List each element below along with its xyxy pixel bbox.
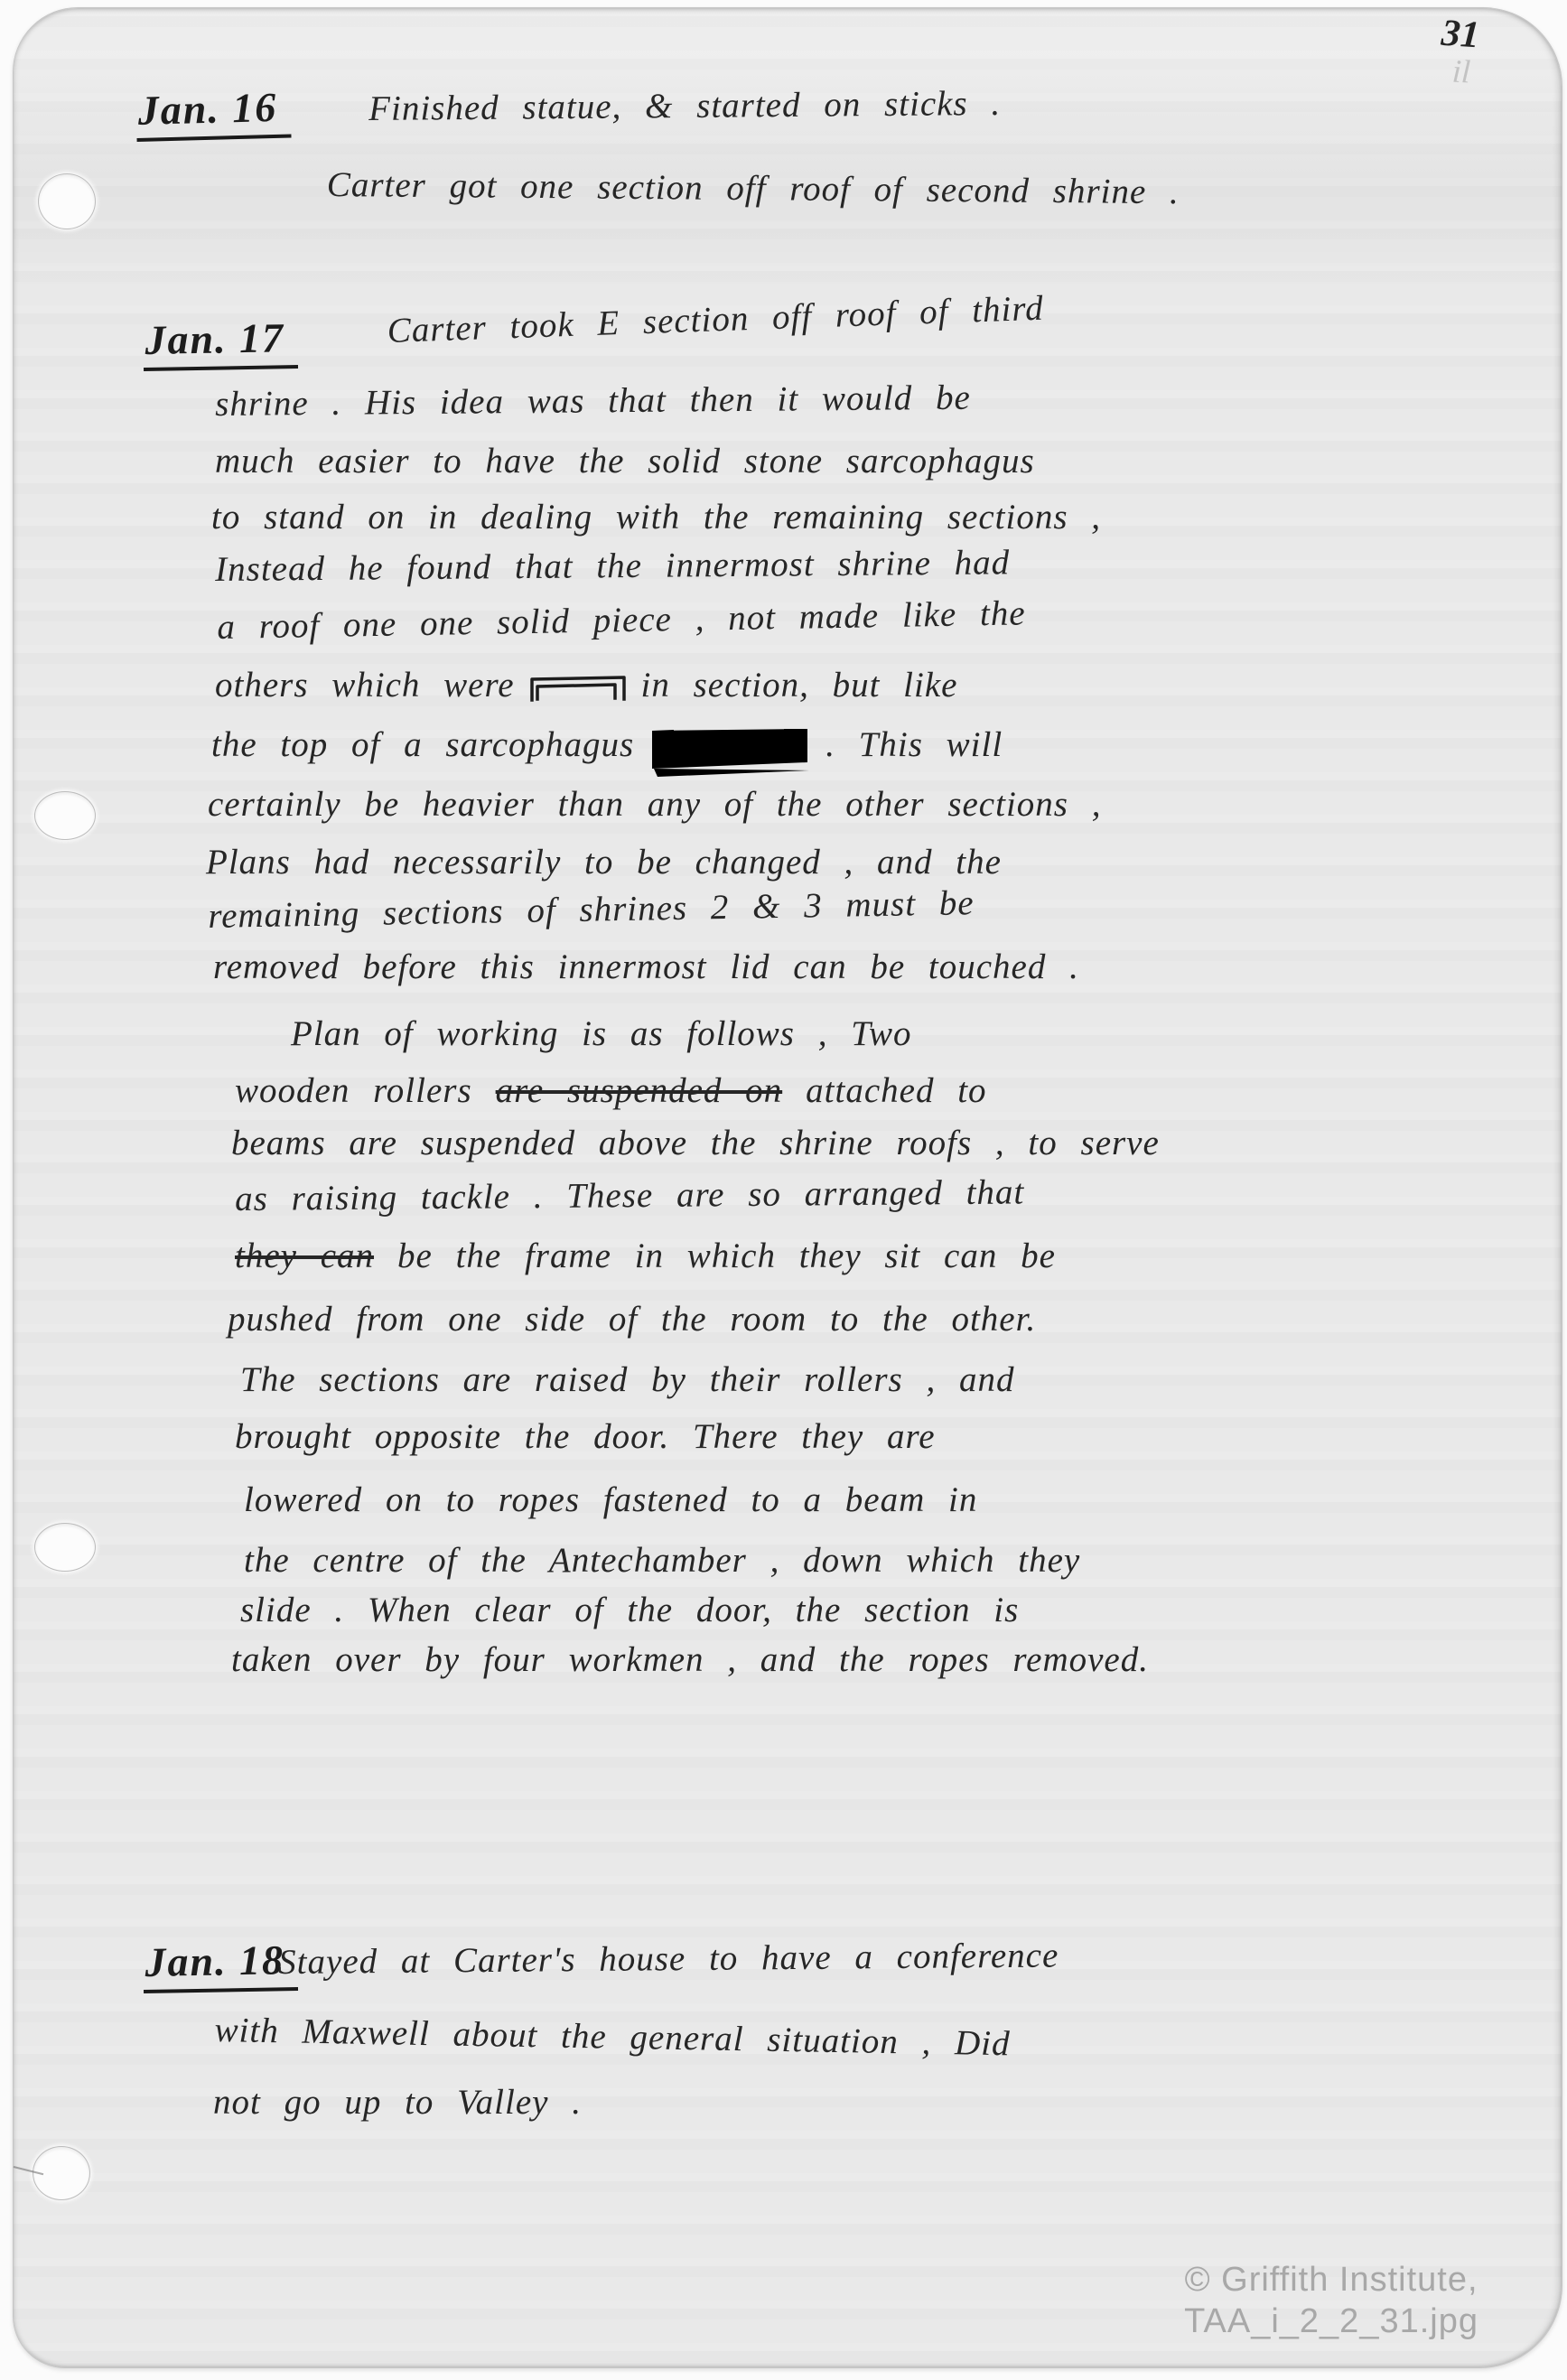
sarcophagus-lid-section-sketch [647,729,813,779]
handwritten-line: brought opposite the door. There they ar… [235,1416,936,1457]
handwritten-line: the top of a sarcophagus. This will [211,724,1003,779]
punch-hole [38,173,96,229]
handwritten-line: The sections are raised by their rollers… [240,1359,1014,1400]
handwritten-line: others which werein section, but like [215,665,957,705]
handwritten-line: as raising tackle . These are so arrange… [235,1171,1024,1219]
handwritten-line: shrine . His idea was that then it would… [215,378,971,425]
handwritten-line: the centre of the Antechamber , down whi… [244,1540,1080,1581]
handwritten-line: they canbe the frame in which they sit c… [235,1236,1056,1276]
entry-date-jan16: Jan. 16 [135,83,291,142]
page-number-ghost: il [1451,52,1471,91]
handwritten-line: beams are suspended above the shrine roo… [231,1123,1160,1163]
handwritten-line: to stand on in dealing with the remainin… [211,497,1101,537]
struck-text: they can [235,1237,374,1275]
line-text: the top of a sarcophagus [211,725,634,764]
entry-date-jan18: Jan. 18 [143,1936,298,1993]
entry-date-jan17: Jan. 17 [143,313,298,371]
handwritten-line: Finished statue, & started on sticks . [368,83,1001,129]
shrine-roof-section-sketch [527,673,629,704]
handwritten-line: Instead he found that the innermost shri… [215,542,1010,590]
diary-page-scan: 31 il Jan. 16 Finished statue, & started… [0,0,1567,2380]
punch-hole [34,1523,96,1572]
handwritten-line: pushed from one side of the room to the … [228,1299,1036,1339]
watermark-credit: © Griffith Institute, TAA_i_2_2_31.jpg [1184,2259,1478,2342]
watermark-line1: © Griffith Institute, [1184,2259,1478,2301]
handwritten-line: certainly be heavier than any of the oth… [208,784,1101,825]
handwritten-line: Plans had necessarily to be changed , an… [206,842,1002,882]
handwritten-line: slide . When clear of the door, the sect… [240,1590,1019,1630]
handwritten-line: Plan of working is as follows , Two [291,1013,912,1054]
handwritten-line: lowered on to ropes fastened to a beam i… [244,1479,977,1520]
line-text: wooden rollers [235,1071,472,1110]
handwritten-line: wooden rollersare suspended onattached t… [235,1070,987,1111]
handwritten-line: much easier to have the solid stone sarc… [215,441,1035,481]
line-text: be the frame in which they sit can be [397,1237,1056,1275]
line-text: . This will [825,725,1003,764]
line-text: attached to [806,1071,986,1110]
handwritten-line: not go up to Valley . [213,2082,582,2123]
handwritten-line: Carter got one section off roof of secon… [327,164,1180,212]
line-text: in section, but like [641,666,958,705]
line-text: others which were [215,666,515,705]
punch-hole [34,791,96,840]
struck-text: are suspended on [496,1071,783,1110]
page-number: 31 [1440,12,1480,58]
watermark-line2: TAA_i_2_2_31.jpg [1184,2301,1478,2342]
handwritten-line: Stayed at Carter's house to have a confe… [278,1935,1059,1983]
handwritten-line: removed before this innermost lid can be… [213,947,1079,987]
handwritten-line: taken over by four workmen , and the rop… [231,1639,1149,1680]
